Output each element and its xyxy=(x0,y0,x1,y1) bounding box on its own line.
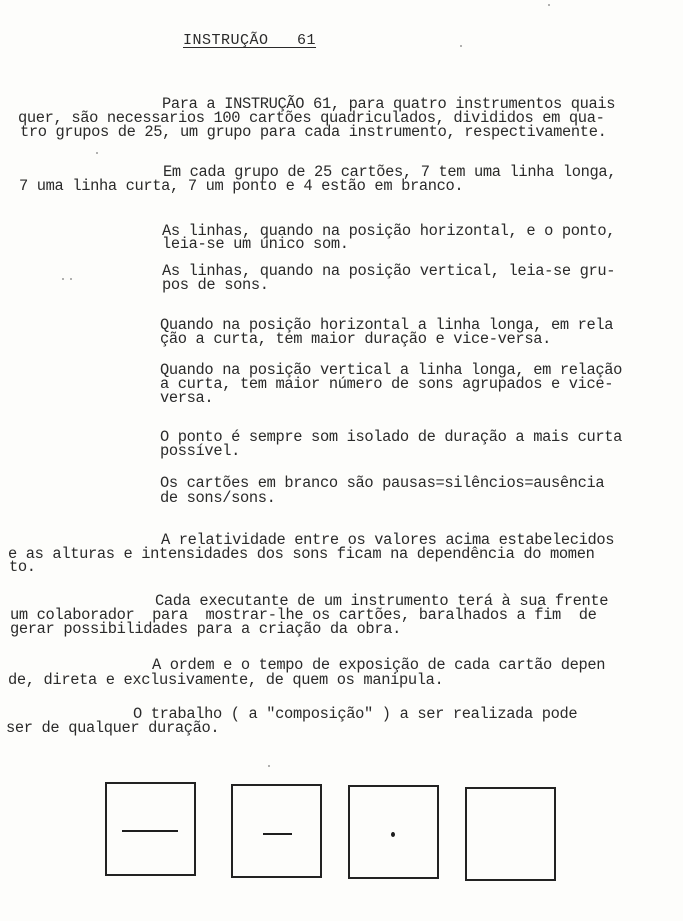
paragraph-5-line-2: ção a curta, tem maior duração e vice-ve… xyxy=(160,331,551,347)
paragraph-2-line-2: 7 uma linha curta, 7 um ponto e 4 estão … xyxy=(19,178,463,194)
card-short-line xyxy=(231,784,322,878)
paragraph-7-line-2: possível. xyxy=(160,443,240,459)
paper-speck xyxy=(96,152,98,154)
short-line-mark xyxy=(263,833,292,835)
paragraph-12-line-2: ser de qualquer duração. xyxy=(6,720,219,736)
card-dot xyxy=(348,785,439,879)
paragraph-9-line-3: to. xyxy=(9,559,36,575)
paragraph-6-line-3: versa. xyxy=(160,390,213,406)
paragraph-8-line-2: de sons/sons. xyxy=(160,490,276,506)
paragraph-3-line-2: leia-se um único som. xyxy=(162,236,349,252)
card-blank xyxy=(465,787,556,881)
long-line-mark xyxy=(122,830,178,832)
paper-speck xyxy=(70,278,72,280)
paper-speck xyxy=(548,4,550,6)
paper-speck xyxy=(62,278,64,280)
dot-mark xyxy=(391,832,395,837)
card-long-line xyxy=(105,782,196,876)
paragraph-10-line-3: gerar possibilidades para a criação da o… xyxy=(10,621,401,637)
page-title: INSTRUÇÃO 61 xyxy=(183,32,316,49)
paragraph-9-line-2: e as alturas e intensidades dos sons fic… xyxy=(8,546,594,562)
paragraph-6-line-2: a curta, tem maior número de sons agrupa… xyxy=(160,376,613,392)
paragraph-1-line-3: tro grupos de 25, um grupo para cada ins… xyxy=(20,124,606,140)
paragraph-4-line-2: pos de sons. xyxy=(162,277,269,293)
paper-speck xyxy=(460,45,462,47)
paragraph-11-line-2: de, direta e exclusivamente, de quem os … xyxy=(8,672,443,688)
paper-speck xyxy=(268,765,270,767)
